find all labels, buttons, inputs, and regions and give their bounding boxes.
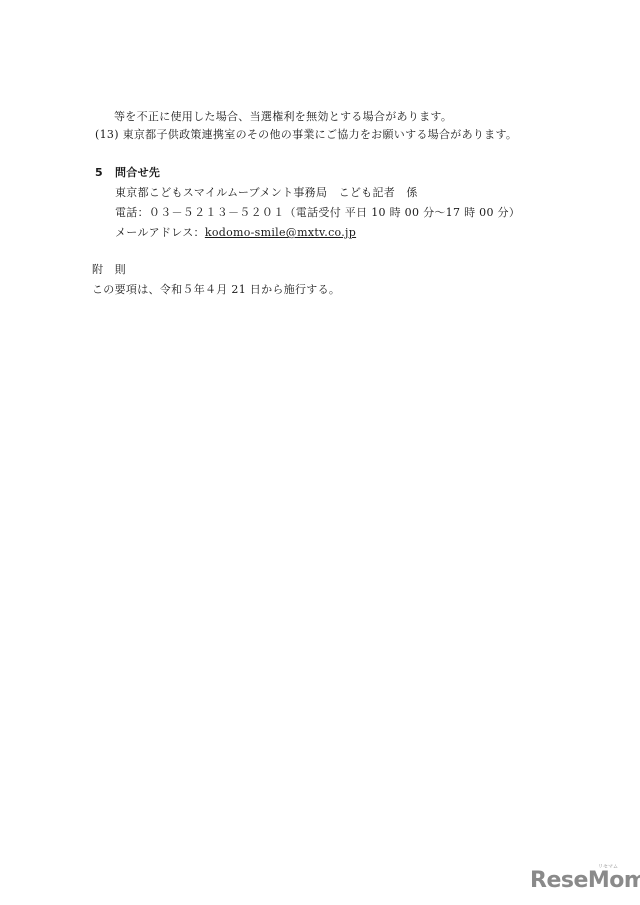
contact-org: 東京都こどもスマイルムーブメント事務局 こども記者 係	[115, 186, 418, 200]
email-link[interactable]: kodomo-smile@mxtv.co.jp	[205, 226, 356, 239]
supplement-title: 附 則	[92, 263, 126, 277]
section-title: 問合せ先	[115, 166, 160, 180]
contact-phone: 電話：０３－５２１３－５２０１（電話受付 平日 10 時 00 分～17 時 0…	[115, 206, 520, 220]
item-13: (13) 東京都子供政策連携室のその他の事業にご協力をお願いする場合があります。	[95, 128, 517, 142]
resemom-logo-kana: リセマム	[598, 863, 618, 870]
continuation-line: 等を不正に使用した場合、当選権利を無効とする場合があります。	[114, 110, 452, 124]
resemom-logo: ReseMom	[530, 868, 640, 893]
contact-email-row: メールアドレス：kodomo-smile@mxtv.co.jp	[115, 226, 356, 240]
section-number: 5	[95, 166, 103, 180]
email-label: メールアドレス：	[115, 226, 205, 239]
supplement-text: この要項は、令和５年４月 21 日から施行する。	[92, 283, 340, 297]
